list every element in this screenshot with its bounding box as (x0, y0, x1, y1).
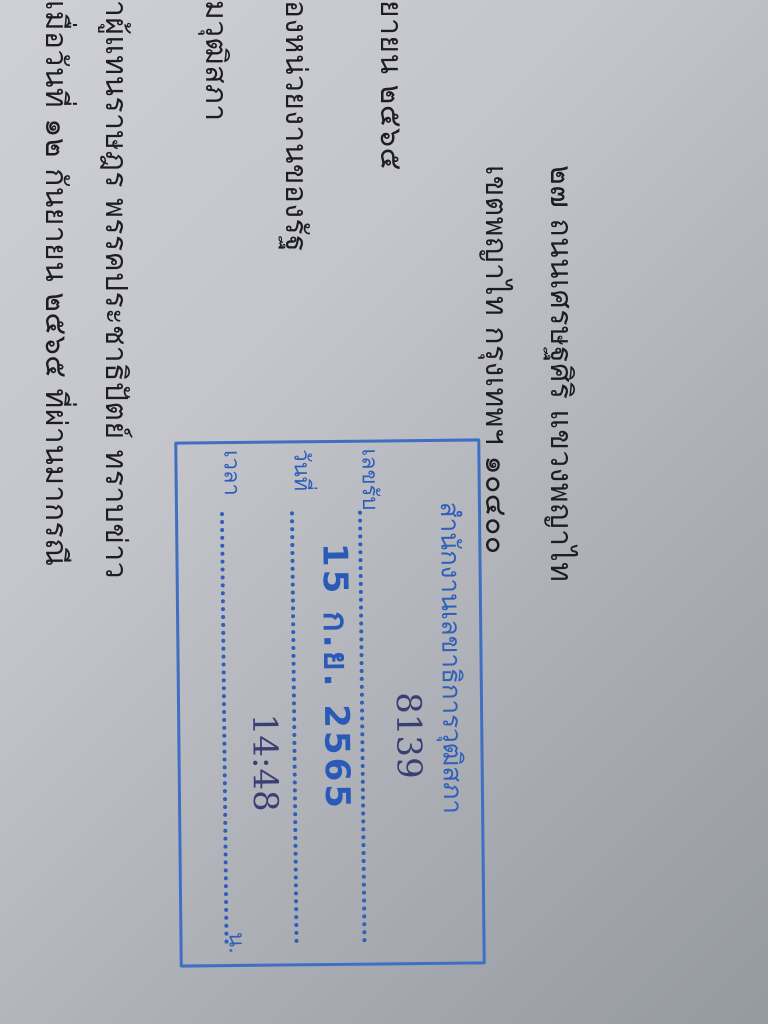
body-line-1: าผู้แทนราษฎร พรรคประชาธิปัตย์ ทราบข่าว (95, 0, 135, 579)
agency-fragment: องหน่วยงานของรัฐ (275, 0, 315, 252)
stamp-title: สำนักงานเลขาธิการวุฒิสภา (432, 502, 469, 814)
time-label: เวลา (213, 450, 247, 496)
time-value: 14:48 (244, 713, 285, 811)
time-dotted-line (220, 512, 229, 944)
receipt-stamp: สำนักงานเลขาธิการวุฒิสภา เลขรับ 8139 วัน… (174, 438, 485, 967)
body-line-2: เมื่อวันที่ ๑๒ กันยายน ๒๕๖๕ ที่ผ่านมากรณ… (35, 0, 75, 567)
receipt-label: เลขรับ (351, 448, 386, 510)
date-dotted-line (290, 511, 299, 943)
receipt-dotted-line (358, 511, 367, 943)
address-line-2: เขตพญาไท กรุงเทพฯ ๑๐๔๐๐ (475, 165, 515, 555)
date-fragment: ยายน ๒๕๖๕ (370, 0, 410, 171)
address-line-1: ๒๗ ถนนเศรษฐศิริ แขวงพญาไท (540, 165, 580, 582)
time-unit: น. (218, 932, 252, 954)
date-label: วันที่ (283, 449, 317, 491)
rotated-document-page: ยายน ๒๕๖๕ ๒๗ ถนนเศรษฐศิริ แขวงพญาไท เขตพ… (0, 0, 768, 1024)
receipt-number: 8139 (388, 692, 429, 779)
time-row: เวลา น. (213, 450, 252, 954)
receipt-number-row: เลขรับ (351, 448, 390, 952)
date-value: 15 ก.ย. 2565 (314, 543, 357, 811)
senate-fragment: มวุฒิสภา (195, 0, 235, 122)
